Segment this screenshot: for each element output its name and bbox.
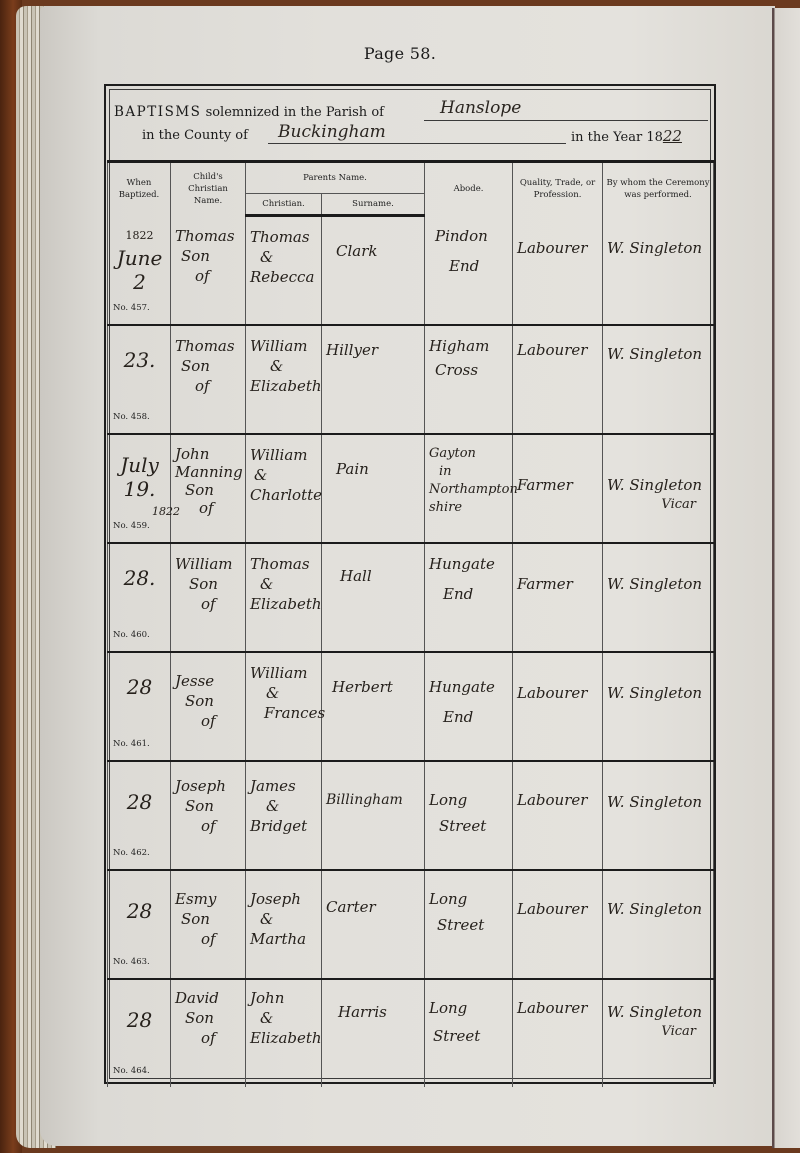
parish-fill-line (424, 120, 708, 121)
child-name-cell: EsmySonof (171, 870, 246, 979)
table-row: 28 No. 463. EsmySonof Joseph&Martha Cart… (108, 870, 714, 979)
table-row: 28. No. 460. WilliamSonof Thomas&Elizabe… (108, 543, 714, 652)
date-cell: 28 No. 463. (108, 870, 171, 979)
col-ceremony-by: By whom the Ceremony was performed. (603, 162, 714, 216)
table-row: 23. No. 458. ThomasSonof William&Elizabe… (108, 325, 714, 434)
year-suffix: 22 (663, 127, 682, 145)
quality-cell: Labourer (513, 325, 603, 434)
abode-cell: PindonEnd (425, 216, 513, 326)
ceremony-by-cell: W. Singleton (603, 543, 714, 652)
col-parents-name: Parents Name. (246, 162, 425, 194)
ceremony-by-cell: W. Singleton (603, 325, 714, 434)
abode-cell: LongStreet (425, 979, 513, 1087)
register-heading-line-2: in the County of (142, 128, 248, 143)
surname-cell: Billingham (322, 761, 425, 870)
surname-cell: Hillyer (322, 325, 425, 434)
child-name-cell: JosephSonof (171, 761, 246, 870)
table-row: 28 No. 464. DavidSonof John&Elizabeth Ha… (108, 979, 714, 1087)
date-cell: 28 No. 462. (108, 761, 171, 870)
parents-christian-cell: Thomas&Rebecca (246, 216, 322, 326)
ceremony-by-cell: W. SingletonVicar (603, 979, 714, 1087)
abode-cell: LongStreet (425, 870, 513, 979)
date-cell: 28. No. 460. (108, 543, 171, 652)
parents-christian-cell: William&Charlotte (246, 434, 322, 543)
surname-cell: Hall (322, 543, 425, 652)
abode-cell: HungateEnd (425, 543, 513, 652)
date-cell: 1822 June 2 No. 457. (108, 216, 171, 326)
col-quality: Quality, Trade, or Profession. (513, 162, 603, 216)
date-cell: 28 No. 464. (108, 979, 171, 1087)
child-name-cell: WilliamSonof (171, 543, 246, 652)
entry-number: No. 457. (113, 298, 150, 318)
vicar-title: Vicar (607, 1022, 710, 1042)
quality-cell: Farmer (513, 543, 603, 652)
entry-number: No. 463. (113, 952, 150, 972)
county-value: Buckingham (278, 122, 386, 142)
parents-christian-cell: Joseph&Martha (246, 870, 322, 979)
entry-number: No. 461. (113, 734, 150, 754)
surname-cell: Herbert (322, 652, 425, 761)
date-cell: 23. No. 458. (108, 325, 171, 434)
heading-county-label: in the County of (142, 128, 248, 143)
parish-value: Hanslope (440, 98, 521, 118)
child-name-cell: JohnManningSonof (171, 434, 246, 543)
ceremony-by-cell: W. Singleton (603, 870, 714, 979)
ceremony-by-cell: W. Singleton (603, 761, 714, 870)
county-fill-line (268, 143, 566, 144)
vicar-title: Vicar (607, 495, 710, 515)
heading-baptisms: BAPTISMS (114, 104, 201, 120)
quality-cell: Farmer (513, 434, 603, 543)
child-name-cell: JesseSonof (171, 652, 246, 761)
heading-solemnized: solemnized in the Parish of (206, 105, 384, 120)
year-label: in the Year 18 (571, 130, 663, 145)
quality-cell: Labourer (513, 870, 603, 979)
col-parents-surname: Surname. (322, 194, 425, 216)
surname-cell: Harris (322, 979, 425, 1087)
abode-cell: GaytoninNorthamptonshire (425, 434, 513, 543)
table-row: 28 No. 461. JesseSonof William&Frances H… (108, 652, 714, 761)
entry-number: No. 464. (113, 1061, 150, 1081)
col-abode: Abode. (425, 162, 513, 216)
surname-cell: Clark (322, 216, 425, 326)
baptism-register-table: When Baptized. Child's Christian Name. P… (107, 160, 714, 1087)
parents-christian-cell: John&Elizabeth (246, 979, 322, 1087)
col-when-baptized: When Baptized. (108, 162, 171, 216)
parents-christian-cell: James&Bridget (246, 761, 322, 870)
table-row: 28 No. 462. JosephSonof James&Bridget Bi… (108, 761, 714, 870)
entry-number: No. 462. (113, 843, 150, 863)
parents-christian-cell: Thomas&Elizabeth (246, 543, 322, 652)
parents-christian-cell: William&Frances (246, 652, 322, 761)
col-child-name: Child's Christian Name. (171, 162, 246, 216)
page-number: Page 58. (0, 44, 800, 63)
parents-christian-cell: William&Elizabeth (246, 325, 322, 434)
heading-year: in the Year 1822 (571, 127, 682, 145)
quality-cell: Labourer (513, 979, 603, 1087)
child-name-cell: ThomasSonof (171, 216, 246, 326)
quality-cell: Labourer (513, 652, 603, 761)
ceremony-by-cell: W. Singleton (603, 652, 714, 761)
child-name-cell: ThomasSonof (171, 325, 246, 434)
ceremony-by-cell: W. SingletonVicar (603, 434, 714, 543)
entry-number: No. 459. (113, 516, 150, 536)
date-cell: 28 No. 461. (108, 652, 171, 761)
entry-number: No. 458. (113, 407, 150, 427)
surname-cell: Pain (322, 434, 425, 543)
table-row: 1822 June 2 No. 457. ThomasSonof Thomas&… (108, 216, 714, 326)
date-cell: July 19. 1822 No. 459. (108, 434, 171, 543)
abode-cell: LongStreet (425, 761, 513, 870)
abode-cell: HighamCross (425, 325, 513, 434)
quality-cell: Labourer (513, 761, 603, 870)
table-row: July 19. 1822 No. 459. JohnManningSonof … (108, 434, 714, 543)
register-heading-line-1: BAPTISMS solemnized in the Parish of (114, 104, 384, 120)
abode-cell: HungateEnd (425, 652, 513, 761)
col-parents-christian: Christian. (246, 194, 322, 216)
ceremony-by-cell: W. Singleton (603, 216, 714, 326)
child-name-cell: DavidSonof (171, 979, 246, 1087)
surname-cell: Carter (322, 870, 425, 979)
facing-page-edge (772, 8, 800, 1148)
quality-cell: Labourer (513, 216, 603, 326)
entry-number: No. 460. (113, 625, 150, 645)
